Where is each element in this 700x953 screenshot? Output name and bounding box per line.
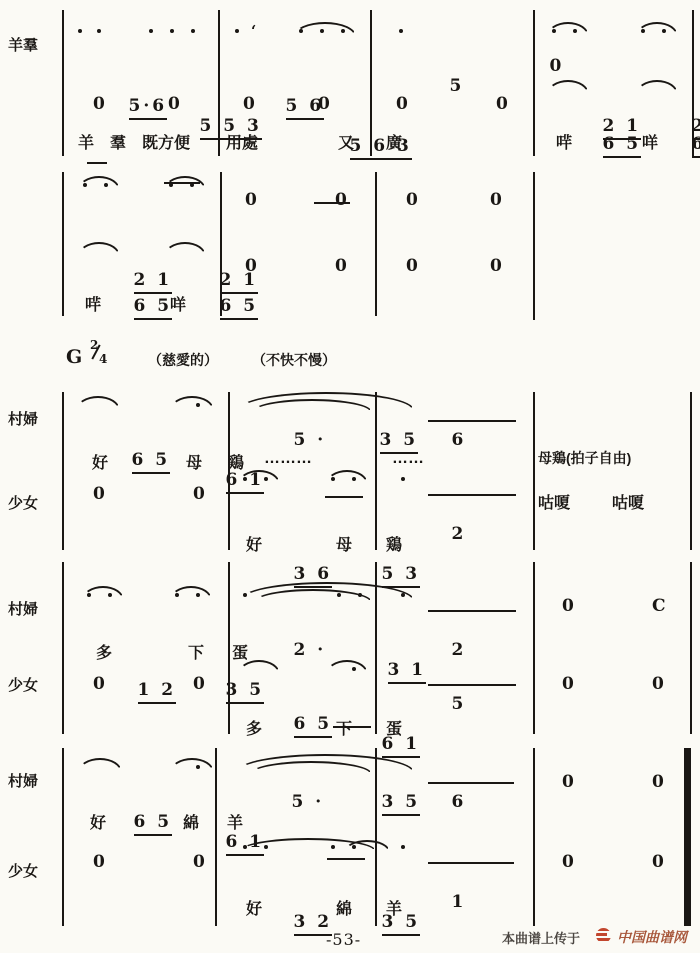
octave-dot [97, 29, 101, 33]
note-text: 0 [496, 94, 511, 114]
lyric: 既方便 [142, 130, 190, 153]
hen-annotation: 母鶏(拍子自由) [538, 448, 631, 468]
rest: 0 [193, 852, 208, 872]
final-barline [684, 748, 691, 926]
note-text: 5 6 3 [350, 136, 412, 160]
lyric: 羣 [110, 130, 126, 153]
note-text: 6 5 [294, 714, 333, 738]
slur [170, 586, 212, 600]
rest: 0 [652, 852, 667, 872]
part-label-girl: 少女 [8, 860, 38, 881]
footer: -53- 本曲谱上传于 中国曲谱网 [0, 924, 700, 953]
slur [78, 176, 120, 190]
lyric-leader: ……… [264, 450, 312, 468]
note-text: 6 [452, 430, 467, 450]
lyric: 咩 [170, 292, 186, 315]
rest: 0 [93, 852, 108, 872]
lyric: 下 [188, 640, 204, 663]
rest: 0 [562, 674, 577, 694]
expression-marking: （慈愛的） [148, 350, 218, 370]
note-text: 0 [652, 674, 667, 694]
note-text: 6 5 [134, 812, 173, 836]
extension-line [428, 494, 516, 496]
rest: 0 [245, 256, 260, 276]
lyric: 咩 [642, 130, 658, 153]
note-text: 0 [335, 190, 350, 210]
rest: 0 [562, 852, 577, 872]
lyric: 多 [96, 640, 112, 663]
note-text: 5 [452, 694, 467, 714]
rest: C [652, 596, 669, 616]
note-text: 0 [562, 772, 577, 792]
lyric: 好 [246, 532, 262, 555]
note-group: 2 [398, 600, 466, 680]
barline [62, 392, 64, 550]
lyric: 鶏 [228, 450, 244, 473]
note-text: 0 [652, 852, 667, 872]
lyric: 又 [338, 130, 354, 153]
system-4: 村婦 少女 1 2 3 5 2 · 3 1 [0, 562, 700, 742]
note-group: 2 [398, 484, 466, 564]
lyric: 好 [92, 450, 108, 473]
cluck-call: 咕嗄 [612, 490, 644, 513]
slur [547, 22, 589, 36]
note-text: 0 [652, 772, 667, 792]
lyric: 好 [246, 896, 262, 919]
slur [76, 396, 120, 410]
octave-dot [149, 29, 153, 33]
barline [533, 392, 535, 550]
lyric: 好 [90, 810, 106, 833]
extension-line [428, 862, 514, 864]
extension-line [428, 782, 514, 784]
note-text: 0 [490, 256, 505, 276]
note-text: 0 [318, 94, 333, 114]
octave-dot [170, 29, 174, 33]
rest: 0 [490, 190, 505, 210]
note-text: 0 [396, 94, 411, 114]
rest: 0 [335, 190, 350, 210]
note-text: 0 [168, 94, 183, 114]
note-text: 0 [562, 852, 577, 872]
rest: 0 [406, 190, 421, 210]
lyric: 羊 [386, 896, 402, 919]
slur [170, 758, 214, 772]
note-text: 5 [450, 76, 465, 96]
barline [62, 172, 64, 316]
note-text: 5 · [294, 430, 327, 450]
lyric-leader: …… [392, 450, 424, 468]
slur [82, 586, 124, 600]
rest: 0 [318, 94, 333, 114]
barline [533, 562, 535, 734]
barline [62, 562, 64, 734]
extension-line [428, 684, 516, 686]
note-text: 0 [193, 484, 208, 504]
note-text: C [652, 596, 669, 616]
rest: 0 [652, 674, 667, 694]
note-text: 1 2 [138, 680, 177, 704]
slur [636, 22, 678, 36]
octave-dot [401, 845, 405, 849]
barline [533, 748, 535, 926]
note-text: 0 [93, 852, 108, 872]
note-group: 6 [398, 772, 466, 832]
page-number: -53- [326, 930, 361, 949]
note-group: 5 · [238, 772, 324, 832]
barline [690, 562, 692, 734]
key-letter: G [66, 346, 82, 368]
system-1: 羊羣 5·6 5 5 3 ʻ 5 6 5 [0, 10, 700, 160]
part-label-woman: 村婦 [8, 770, 38, 791]
rest: 0 [243, 94, 258, 114]
note-text: 0 [93, 94, 108, 114]
rest: 0 [193, 674, 208, 694]
octave-dot [78, 29, 82, 33]
lyric: 母 [336, 532, 352, 555]
lyric: 哶 [85, 292, 101, 315]
note-text: 0 [406, 190, 421, 210]
rest: 0 [93, 484, 108, 504]
extension-line [428, 420, 516, 422]
key-signature-line: G 2 4 （慈愛的） （不快不慢） [0, 338, 700, 378]
lyric: 廣 [386, 130, 402, 153]
lyric: 哶 [556, 130, 572, 153]
note-text: 2 [452, 640, 467, 660]
note-text: 0 [193, 674, 208, 694]
note-text: 1 [452, 892, 467, 912]
lyric: 綿 [183, 810, 199, 833]
note-group: 5 [398, 674, 466, 734]
note-text: 0 [490, 190, 505, 210]
lyric: 下 [336, 716, 352, 739]
note-text: 0 [406, 256, 421, 276]
note-text: 6 5 [603, 134, 642, 158]
note-text: 0 [335, 256, 350, 276]
rest: 0 [193, 484, 208, 504]
note-text: 2 · [294, 640, 327, 660]
barline [62, 10, 64, 156]
tempo-marking: （不快不慢） [252, 350, 336, 370]
barline [533, 172, 535, 320]
octave-dot [401, 477, 405, 481]
rest: 0 [335, 256, 350, 276]
system-3: 村婦 少女 6 5 6 1 5 · 3 5 6 好 母 [0, 392, 700, 557]
note-text: 0 [193, 852, 208, 872]
slur [170, 396, 214, 410]
note-text: 6 5 [132, 450, 171, 474]
barline [690, 392, 692, 550]
watermark-site: 中国曲谱网 [617, 927, 687, 947]
rest: 0 [562, 596, 577, 616]
part-label-girl: 少女 [8, 492, 38, 513]
system-2: 2 1 2 1 0 0 0 0 6 5 6 5 0 0 0 0 哶 咩 [0, 172, 700, 322]
lyric: 蛋 [386, 716, 402, 739]
rest: 0 [396, 94, 411, 114]
lyric: 蛋 [232, 640, 248, 663]
barline [375, 172, 377, 316]
watermark-text: 本曲谱上传于 [502, 928, 580, 947]
system-5: 村婦 少女 6 5 6 1 5 · 3 5 6 0 0 好 [0, 748, 700, 930]
slur [78, 758, 122, 772]
double-beam [87, 162, 107, 164]
note-text: 0 [562, 596, 577, 616]
barline [62, 748, 64, 926]
part-label-woman: 村婦 [8, 598, 38, 619]
part-label-woman: 村婦 [8, 408, 38, 429]
slur [294, 22, 356, 36]
qupu-logo-icon [596, 928, 611, 943]
rest: 0 [245, 190, 260, 210]
lyric: 多 [246, 716, 262, 739]
rest: 0 [562, 772, 577, 792]
note-text: 0 [243, 94, 258, 114]
note-text: 0 [245, 256, 260, 276]
note-text: 5 · [292, 792, 325, 812]
rest: 0 [652, 772, 667, 792]
lyric: 羊 [227, 810, 243, 833]
rest: 0 [93, 674, 108, 694]
note-text: 2 [452, 524, 467, 544]
note-group: 1 [398, 852, 466, 932]
lyric: 用處 [226, 130, 258, 153]
lyric: 鶏 [386, 532, 402, 555]
note-text: 6 5 [692, 134, 700, 158]
meter-denominator: 4 [99, 352, 107, 366]
lyric: 羊 [78, 130, 94, 153]
rest: 0 [93, 94, 108, 114]
part-label-flock: 羊羣 [8, 34, 38, 55]
rest: 0 [490, 256, 505, 276]
note-text: 6 5 [220, 296, 259, 320]
rest: 0 [496, 94, 511, 114]
octave-dot [191, 29, 195, 33]
rest: 0 [406, 256, 421, 276]
lyric: 母 [186, 450, 202, 473]
note-text: 0 [93, 674, 108, 694]
lyric: 綿 [336, 896, 352, 919]
octave-dot [399, 29, 403, 33]
slur [164, 176, 206, 190]
score-page: 羊羣 5·6 5 5 3 ʻ 5 6 5 [0, 0, 700, 953]
note-text: 0 [245, 190, 260, 210]
grace-ornament: ʻ [251, 21, 259, 41]
note-text: 0 [93, 484, 108, 504]
part-label-girl: 少女 [8, 674, 38, 695]
rest: 0 [168, 94, 183, 114]
note-text: 0 [562, 674, 577, 694]
octave-dot [235, 29, 239, 33]
extension-line [428, 610, 516, 612]
note-text: 6 [452, 792, 467, 812]
cluck-call: 咕嗄 [538, 490, 570, 513]
